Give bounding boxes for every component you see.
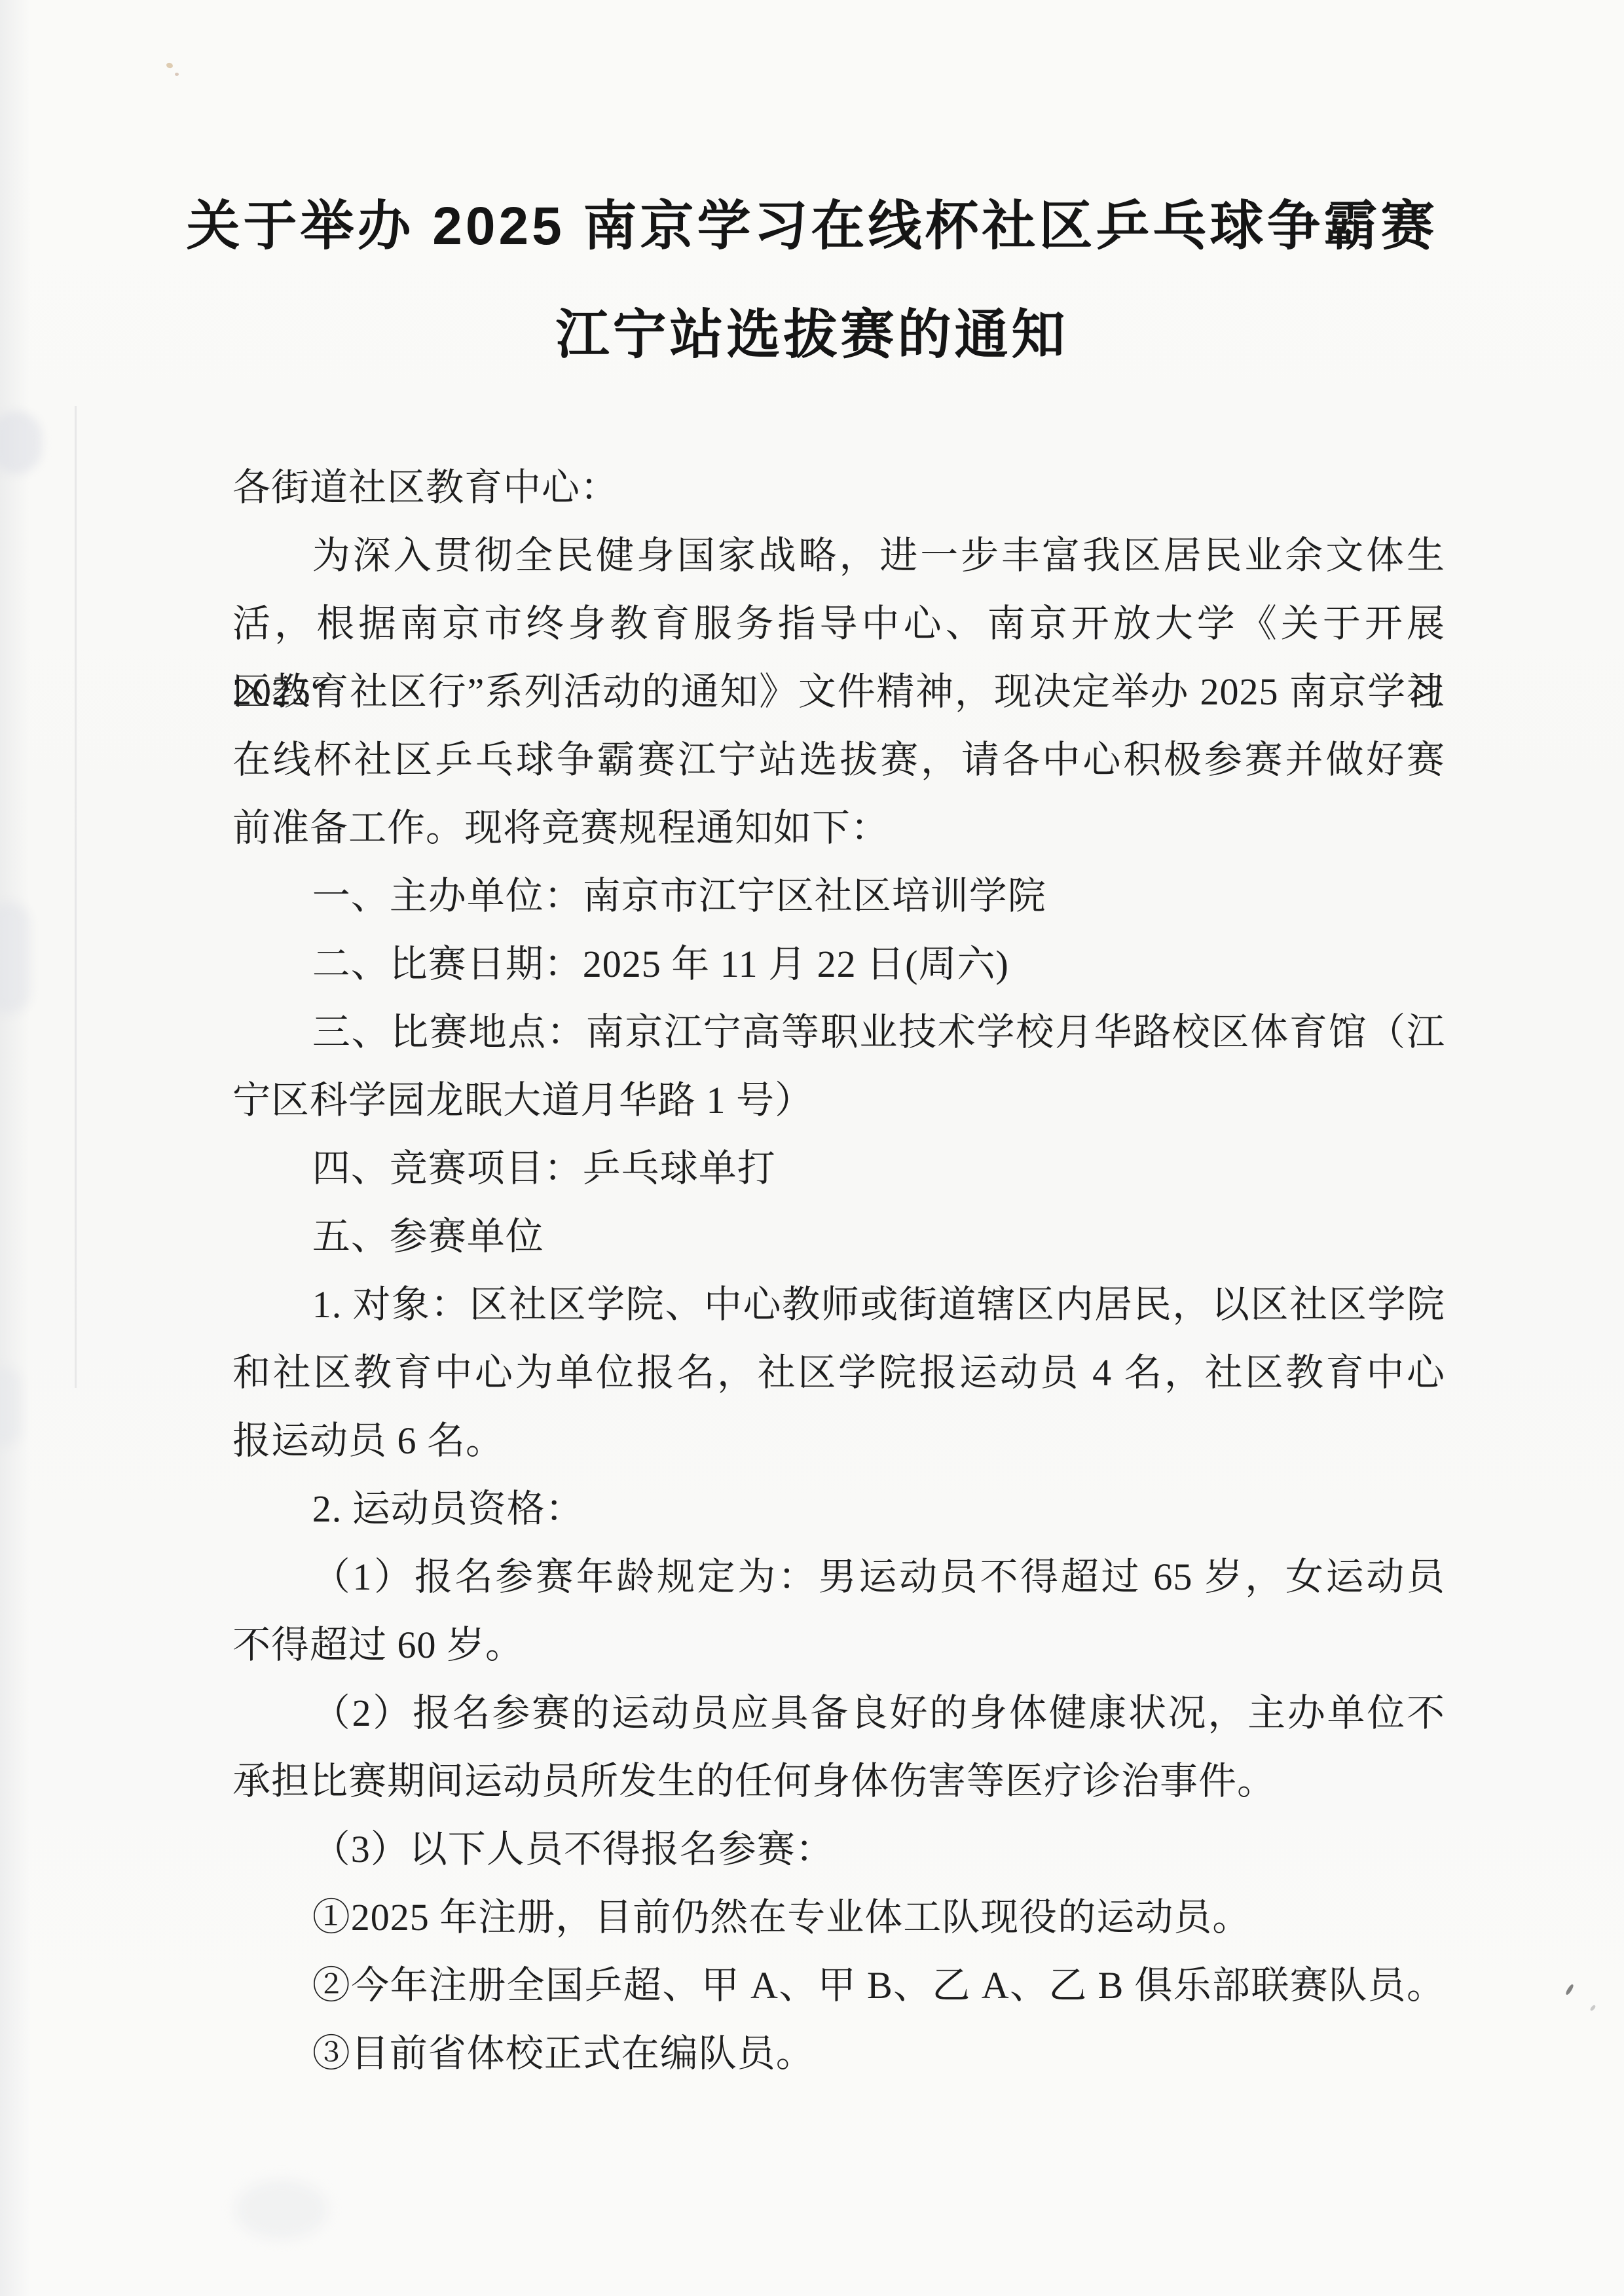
body-line: 活，根据南京市终身教育服务指导中心、南京开放大学《关于开展 2025“社 [232, 590, 1445, 658]
body-line: 不得超过 60 岁。 [232, 1611, 1445, 1679]
scan-speck [1565, 1984, 1575, 1995]
scanner-streak [75, 406, 77, 1388]
body-line: 宁区科学园龙眠大道月华路 1 号） [232, 1066, 1445, 1135]
body-line: 为深入贯彻全民健身国家战略，进一步丰富我区居民业余文体生 [232, 522, 1445, 590]
body-line: 各街道社区教育中心： [232, 454, 1445, 522]
body-line: 区教育社区行”系列活动的通知》文件精神，现决定举办 2025 南京学习 [232, 658, 1445, 726]
body-line: 一、主办单位：南京市江宁区社区培训学院 [232, 862, 1445, 930]
scan-speck [1589, 2005, 1596, 2012]
body-line: 五、参赛单位 [232, 1203, 1445, 1271]
body-line: （3）以下人员不得报名参赛： [232, 1815, 1445, 1884]
body-line: 和社区教育中心为单位报名，社区学院报运动员 4 名，社区教育中心 [232, 1339, 1445, 1407]
body-line: 承担比赛期间运动员所发生的任何身体伤害等医疗诊治事件。 [232, 1747, 1445, 1815]
scan-speck [175, 73, 179, 76]
scanned-notice-page: 关于举办 2025 南京学习在线杯社区乒乓球争霸赛 江宁站选拔赛的通知 各街道社… [0, 0, 1624, 2296]
body-line: ②今年注册全国乒超、甲 A、甲 B、乙 A、乙 B 俱乐部联赛队员。 [232, 1952, 1445, 2020]
scan-speck [166, 62, 174, 69]
body-line: ③目前省体校正式在编队员。 [232, 2020, 1445, 2088]
body-line: 在线杯社区乒乓球争霸赛江宁站选拔赛，请各中心积极参赛并做好赛 [232, 726, 1445, 794]
document-title-line-2: 江宁站选拔赛的通知 [0, 302, 1624, 368]
body-line: 2. 运动员资格： [232, 1475, 1445, 1543]
scan-smudge [0, 1367, 21, 1446]
scan-smudge [236, 2180, 327, 2239]
body-line: 三、比赛地点：南京江宁高等职业技术学校月华路校区体育馆（江 [232, 998, 1445, 1066]
body-line: 1. 对象：区社区学院、中心教师或街道辖区内居民，以区社区学院 [232, 1271, 1445, 1339]
body-line: 二、比赛日期：2025 年 11 月 22 日(周六) [232, 930, 1445, 998]
body-line: 前准备工作。现将竞赛规程通知如下： [232, 794, 1445, 862]
body-line: 四、竞赛项目：乒乓球单打 [232, 1135, 1445, 1203]
scan-smudge [0, 411, 42, 474]
document-body: 各街道社区教育中心：为深入贯彻全民健身国家战略，进一步丰富我区居民业余文体生活，… [232, 454, 1445, 2088]
scan-smudge [0, 902, 30, 1013]
body-line: （2）报名参赛的运动员应具备良好的身体健康状况，主办单位不 [232, 1679, 1445, 1747]
document-title-line-1: 关于举办 2025 南京学习在线杯社区乒乓球争霸赛 [0, 194, 1624, 259]
body-line: ①2025 年注册，目前仍然在专业体工队现役的运动员。 [232, 1884, 1445, 1952]
body-line: （1）报名参赛年龄规定为：男运动员不得超过 65 岁，女运动员 [232, 1543, 1445, 1611]
body-line: 报运动员 6 名。 [232, 1407, 1445, 1475]
